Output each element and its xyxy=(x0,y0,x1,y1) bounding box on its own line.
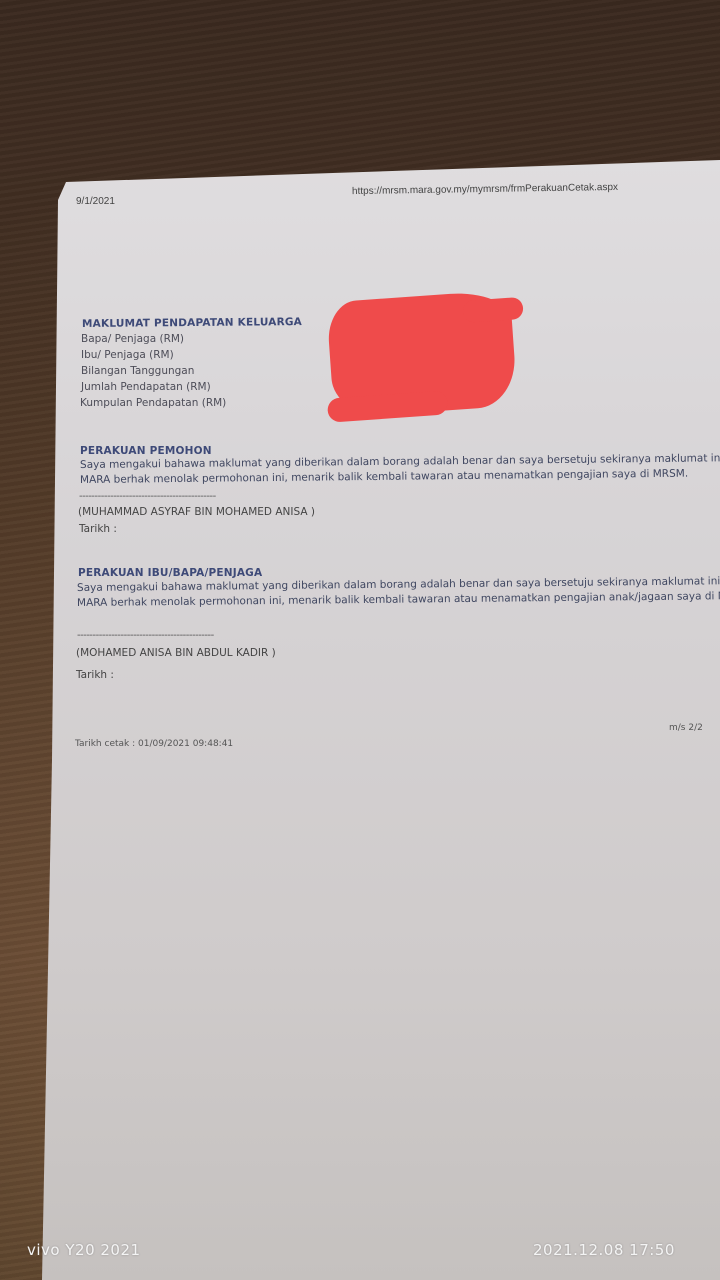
parent-name: (MOHAMED ANISA BIN ABDUL KADIR ) xyxy=(76,647,276,659)
income-section-title: MAKLUMAT PENDAPATAN KELUARGA xyxy=(82,316,302,330)
field-mother-income: Ibu/ Penjaga (RM) xyxy=(81,349,174,361)
camera-timestamp-watermark: 2021.12.08 17:50 xyxy=(533,1241,675,1259)
applicant-date-label: Tarikh : xyxy=(79,523,117,535)
applicant-declaration-title: PERAKUAN PEMOHON xyxy=(80,445,212,457)
parent-signature-line: ----------------------------------------… xyxy=(77,630,214,641)
parent-date-label: Tarikh : xyxy=(76,669,114,681)
print-header-date: 9/1/2021 xyxy=(76,196,115,207)
camera-device-watermark: vivo Y20 2021 xyxy=(27,1241,141,1259)
field-total-income: Jumlah Pendapatan (RM) xyxy=(81,381,211,393)
page-number: m/s 2/2 xyxy=(669,723,703,733)
field-dependents: Bilangan Tanggungan xyxy=(81,365,194,377)
applicant-name: (MUHAMMAD ASYRAF BIN MOHAMED ANISA ) xyxy=(78,506,315,518)
parent-declaration-title: PERAKUAN IBU/BAPA/PENJAGA xyxy=(78,567,262,579)
applicant-signature-line: ----------------------------------------… xyxy=(79,491,216,502)
field-income-group: Kumpulan Pendapatan (RM) xyxy=(80,397,226,409)
print-timestamp: Tarikh cetak : 01/09/2021 09:48:41 xyxy=(75,739,233,749)
field-father-income: Bapa/ Penjaga (RM) xyxy=(81,333,184,345)
redaction-mark xyxy=(326,290,518,419)
